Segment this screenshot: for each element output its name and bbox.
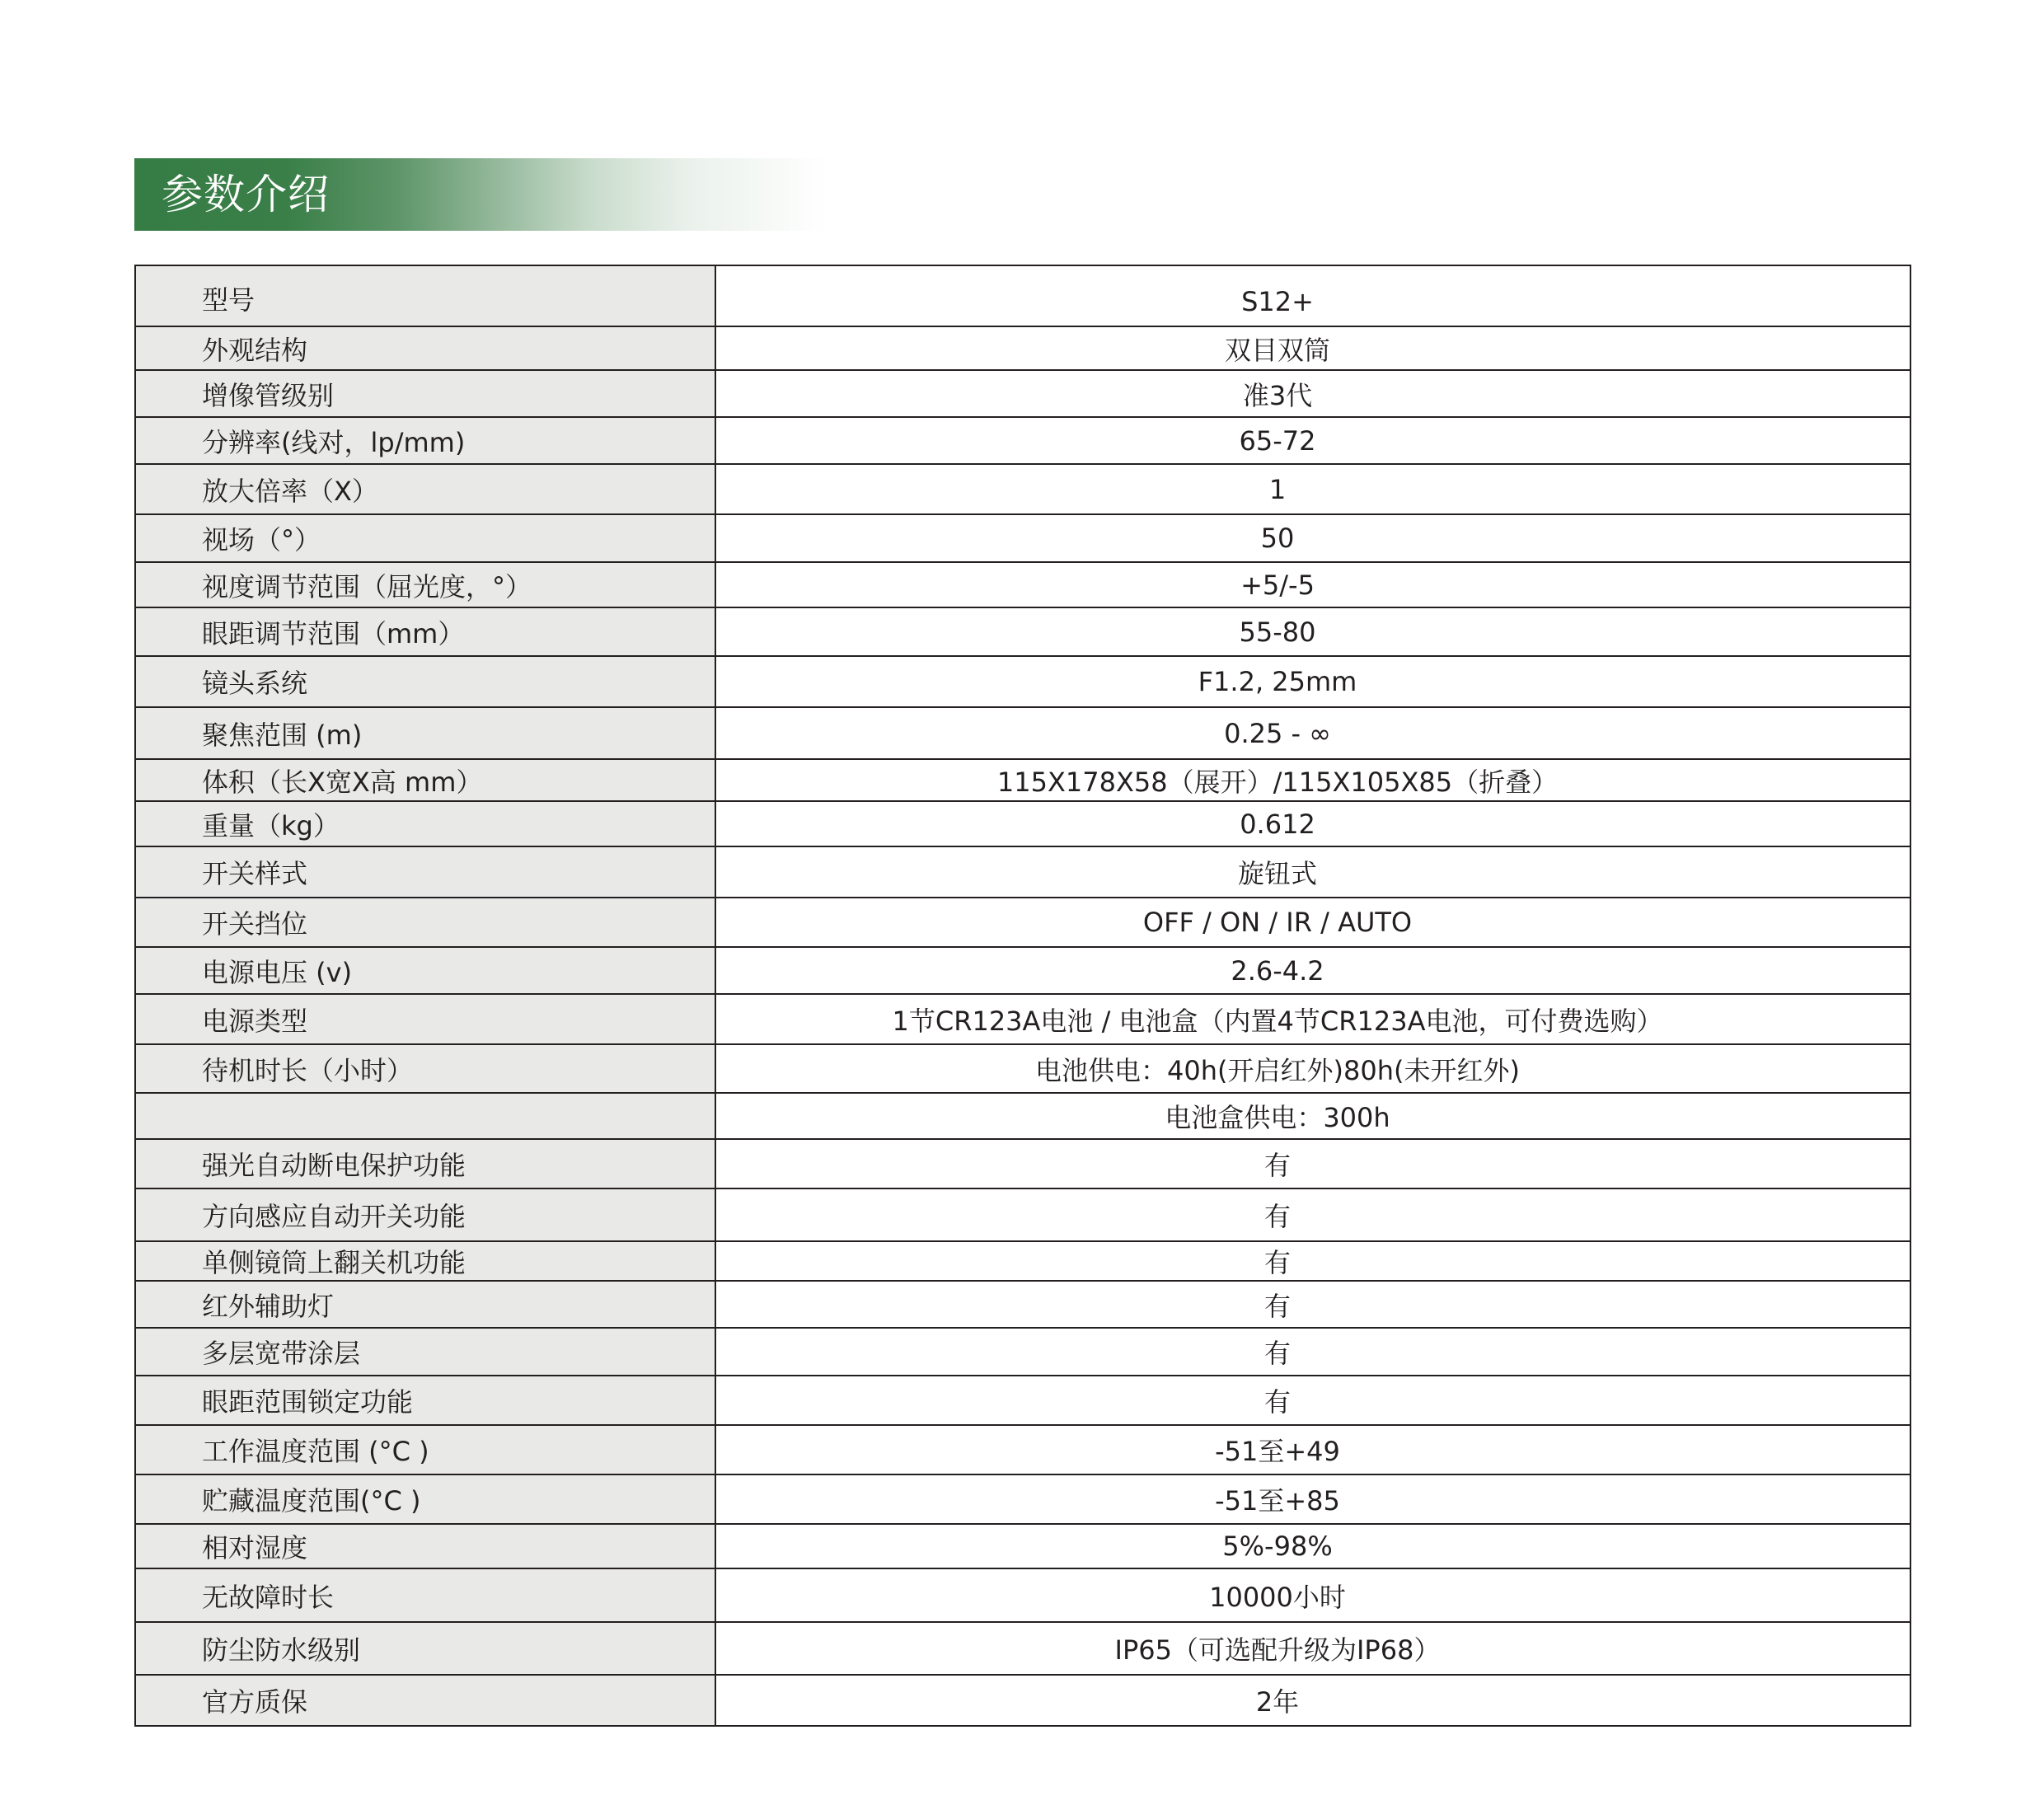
spec-label: 相对湿度 bbox=[135, 1524, 715, 1568]
spec-row: 无故障时长10000小时 bbox=[135, 1568, 1910, 1622]
spec-label: 视场（°） bbox=[135, 514, 715, 562]
spec-label: 官方质保 bbox=[135, 1675, 715, 1726]
spec-value: 双目双筒 bbox=[715, 326, 1910, 370]
spec-value: 55-80 bbox=[715, 607, 1910, 656]
spec-label: 强光自动断电保护功能 bbox=[135, 1139, 715, 1188]
spec-row: 聚焦范围 (m)0.25 - ∞ bbox=[135, 707, 1910, 759]
spec-value: 有 bbox=[715, 1281, 1910, 1328]
spec-value: 1节CR123A电池 / 电池盒（内置4节CR123A电池，可付费选购） bbox=[715, 994, 1910, 1044]
spec-value: 0.612 bbox=[715, 801, 1910, 846]
spec-row: 待机时长（小时）电池供电：40h(开启红外)80h(未开红外) bbox=[135, 1044, 1910, 1093]
spec-value: 有 bbox=[715, 1376, 1910, 1425]
spec-label: 增像管级别 bbox=[135, 370, 715, 417]
spec-row: 官方质保2年 bbox=[135, 1675, 1910, 1726]
spec-label: 电源电压 (v) bbox=[135, 947, 715, 994]
spec-value: 电池供电：40h(开启红外)80h(未开红外) bbox=[715, 1044, 1910, 1093]
spec-label: 电源类型 bbox=[135, 994, 715, 1044]
spec-value: 电池盒供电：300h bbox=[715, 1093, 1910, 1139]
section-header-band: 参数介绍 bbox=[134, 158, 827, 231]
spec-row: 镜头系统F1.2, 25mm bbox=[135, 656, 1910, 707]
spec-value: IP65（可选配升级为IP68） bbox=[715, 1622, 1910, 1675]
spec-label: 贮藏温度范围(°C ) bbox=[135, 1474, 715, 1524]
spec-label: 镜头系统 bbox=[135, 656, 715, 707]
spec-label: 多层宽带涂层 bbox=[135, 1328, 715, 1376]
spec-label: 防尘防水级别 bbox=[135, 1622, 715, 1675]
spec-row: 电池盒供电：300h bbox=[135, 1093, 1910, 1139]
spec-value: +5/-5 bbox=[715, 562, 1910, 607]
spec-row: 相对湿度5%-98% bbox=[135, 1524, 1910, 1568]
spec-row: 强光自动断电保护功能有 bbox=[135, 1139, 1910, 1188]
spec-value: 5%-98% bbox=[715, 1524, 1910, 1568]
spec-value: 准3代 bbox=[715, 370, 1910, 417]
spec-label bbox=[135, 1093, 715, 1139]
spec-label: 体积（长X宽X高 mm） bbox=[135, 759, 715, 801]
spec-value: 有 bbox=[715, 1139, 1910, 1188]
spec-label: 开关样式 bbox=[135, 846, 715, 898]
spec-label: 外观结构 bbox=[135, 326, 715, 370]
spec-value: 旋钮式 bbox=[715, 846, 1910, 898]
spec-row: 电源类型1节CR123A电池 / 电池盒（内置4节CR123A电池，可付费选购） bbox=[135, 994, 1910, 1044]
spec-row: 红外辅助灯有 bbox=[135, 1281, 1910, 1328]
spec-label: 单侧镜筒上翻关机功能 bbox=[135, 1241, 715, 1281]
spec-row: 防尘防水级别IP65（可选配升级为IP68） bbox=[135, 1622, 1910, 1675]
spec-row: 型号S12+ bbox=[135, 265, 1910, 326]
spec-label: 眼距范围锁定功能 bbox=[135, 1376, 715, 1425]
spec-value: 115X178X58（展开）/115X105X85（折叠） bbox=[715, 759, 1910, 801]
spec-label: 待机时长（小时） bbox=[135, 1044, 715, 1093]
spec-row: 方向感应自动开关功能有 bbox=[135, 1188, 1910, 1241]
spec-value: -51至+85 bbox=[715, 1474, 1910, 1524]
spec-row: 视场（°）50 bbox=[135, 514, 1910, 562]
spec-value: S12+ bbox=[715, 265, 1910, 326]
spec-value: 1 bbox=[715, 464, 1910, 514]
spec-row: 开关样式旋钮式 bbox=[135, 846, 1910, 898]
spec-row: 增像管级别准3代 bbox=[135, 370, 1910, 417]
spec-label: 分辨率(线对，lp/mm) bbox=[135, 417, 715, 464]
spec-value: 10000小时 bbox=[715, 1568, 1910, 1622]
spec-row: 外观结构双目双筒 bbox=[135, 326, 1910, 370]
spec-value: 有 bbox=[715, 1328, 1910, 1376]
spec-label: 方向感应自动开关功能 bbox=[135, 1188, 715, 1241]
spec-row: 开关挡位OFF / ON / IR / AUTO bbox=[135, 898, 1910, 947]
spec-value: F1.2, 25mm bbox=[715, 656, 1910, 707]
spec-value: 65-72 bbox=[715, 417, 1910, 464]
spec-row: 视度调节范围（屈光度，°）+5/-5 bbox=[135, 562, 1910, 607]
spec-label: 工作温度范围 (°C ) bbox=[135, 1425, 715, 1474]
spec-value: 2.6-4.2 bbox=[715, 947, 1910, 994]
spec-label: 放大倍率（X） bbox=[135, 464, 715, 514]
spec-row: 贮藏温度范围(°C )-51至+85 bbox=[135, 1474, 1910, 1524]
spec-label: 无故障时长 bbox=[135, 1568, 715, 1622]
spec-value: 2年 bbox=[715, 1675, 1910, 1726]
spec-value: -51至+49 bbox=[715, 1425, 1910, 1474]
spec-row: 工作温度范围 (°C )-51至+49 bbox=[135, 1425, 1910, 1474]
spec-table: 型号S12+外观结构双目双筒增像管级别准3代分辨率(线对，lp/mm)65-72… bbox=[134, 265, 1911, 1727]
spec-row: 眼距范围锁定功能有 bbox=[135, 1376, 1910, 1425]
spec-label: 聚焦范围 (m) bbox=[135, 707, 715, 759]
spec-label: 开关挡位 bbox=[135, 898, 715, 947]
spec-row: 分辨率(线对，lp/mm)65-72 bbox=[135, 417, 1910, 464]
spec-row: 多层宽带涂层有 bbox=[135, 1328, 1910, 1376]
spec-row: 重量（kg）0.612 bbox=[135, 801, 1910, 846]
spec-value: 有 bbox=[715, 1241, 1910, 1281]
spec-label: 视度调节范围（屈光度，°） bbox=[135, 562, 715, 607]
spec-row: 放大倍率（X）1 bbox=[135, 464, 1910, 514]
spec-value: 有 bbox=[715, 1188, 1910, 1241]
spec-value: OFF / ON / IR / AUTO bbox=[715, 898, 1910, 947]
spec-label: 型号 bbox=[135, 265, 715, 326]
spec-label: 重量（kg） bbox=[135, 801, 715, 846]
section-title: 参数介绍 bbox=[162, 158, 330, 231]
spec-label: 红外辅助灯 bbox=[135, 1281, 715, 1328]
spec-row: 眼距调节范围（mm）55-80 bbox=[135, 607, 1910, 656]
spec-row: 电源电压 (v)2.6-4.2 bbox=[135, 947, 1910, 994]
spec-row: 体积（长X宽X高 mm）115X178X58（展开）/115X105X85（折叠… bbox=[135, 759, 1910, 801]
spec-value: 50 bbox=[715, 514, 1910, 562]
spec-table-body: 型号S12+外观结构双目双筒增像管级别准3代分辨率(线对，lp/mm)65-72… bbox=[135, 265, 1910, 1726]
spec-label: 眼距调节范围（mm） bbox=[135, 607, 715, 656]
spec-value: 0.25 - ∞ bbox=[715, 707, 1910, 759]
spec-row: 单侧镜筒上翻关机功能有 bbox=[135, 1241, 1910, 1281]
